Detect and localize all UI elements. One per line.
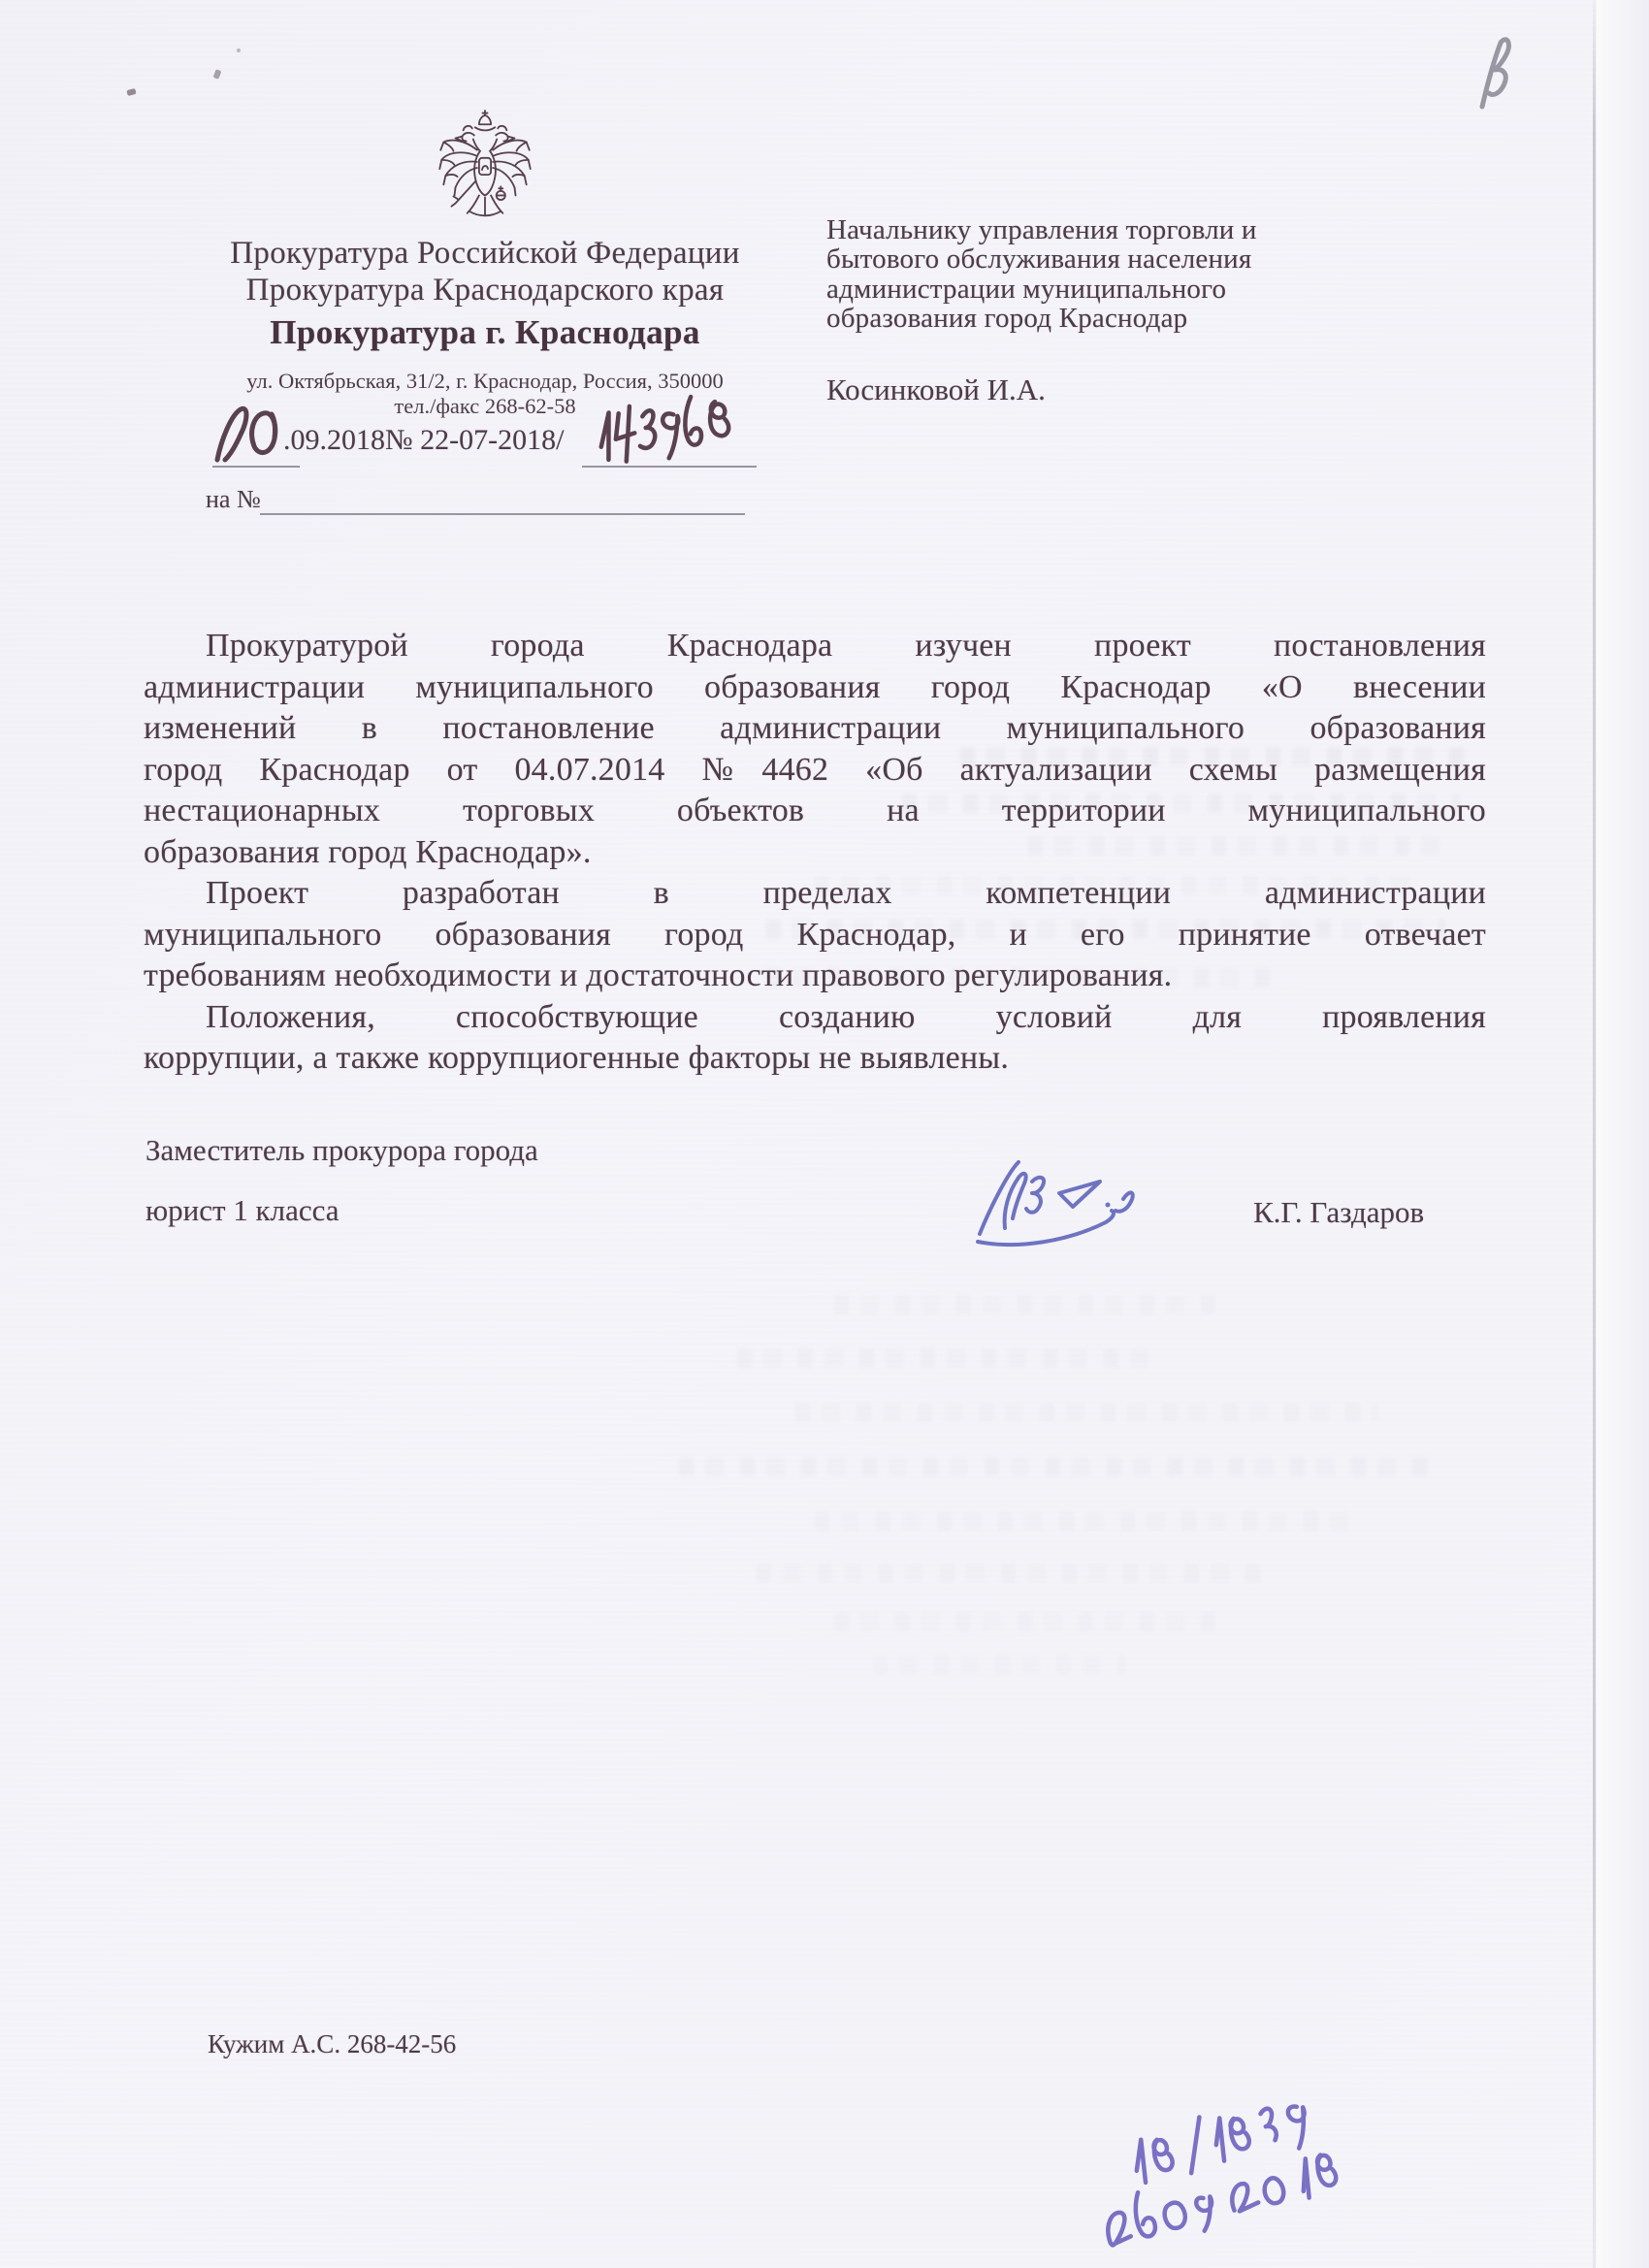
body-line: образования город Краснодар». [144, 832, 1486, 874]
org-name-federation: Прокуратура Российской Федерации [179, 237, 791, 271]
pencil-note-top-right [1472, 33, 1519, 118]
body-line: требованиям необходимости и достаточност… [144, 956, 1486, 997]
body-line: город Краснодар от 04.07.2014 №4462 «Об … [144, 750, 1486, 792]
bleed-through-ghost [834, 1295, 1222, 1314]
addressee-line: Начальнику управления торговли и [826, 215, 1423, 244]
body-line: Положения, способствующие созданию услов… [144, 997, 1486, 1039]
org-address: ул. Октябрьская, 31/2, г. Краснодар, Рос… [179, 370, 791, 393]
body-line: изменений в постановление администрации … [144, 708, 1486, 750]
outgoing-number-underline [582, 466, 757, 468]
bleed-through-ghost [757, 1564, 1261, 1583]
handwritten-outgoing-number [592, 392, 747, 466]
bleed-through-ghost [679, 1457, 1436, 1476]
bleed-through-ghost [737, 1348, 1164, 1368]
bleed-through-ghost [815, 1511, 1358, 1531]
bleed-through-ghost [873, 1655, 1125, 1674]
body-line: администрации муниципального образования… [144, 667, 1486, 709]
executor-contact: Кужим А.С. 268-42-56 [208, 2029, 456, 2058]
scanned-letter-page: Прокуратура Российской Федерации Прокура… [0, 0, 1649, 2268]
letterhead: Прокуратура Российской Федерации Прокура… [179, 0, 791, 418]
scan-right-margin [1597, 0, 1649, 2268]
scan-edge-line [1593, 0, 1596, 2268]
body-line: нестационарных торговых объектов на терр… [144, 791, 1486, 832]
reference-number-label: на № [206, 485, 261, 514]
body-line: Прокуратурой города Краснодара изучен пр… [144, 626, 1486, 667]
org-name-region: Прокуратура Краснодарского края [179, 274, 791, 308]
handwritten-date-day [211, 398, 283, 466]
addressee-line: администрации муниципального [826, 275, 1423, 304]
body-line: Проект разработан в пределах компетенции… [144, 873, 1486, 915]
signer-name: К.Г. Газдаров [1253, 1195, 1424, 1230]
addressee-line: образования город Краснодар [826, 304, 1423, 333]
addressee-block: Начальнику управления торговли и бытовог… [826, 215, 1423, 333]
letter-body: Прокуратурой города Краснодара изучен пр… [144, 626, 1486, 1080]
bleed-through-ghost [834, 1612, 1222, 1632]
coat-of-arms-double-headed-eagle-icon [437, 109, 533, 227]
addressee-line: бытового обслуживания населения [826, 244, 1423, 274]
org-name-city: Прокуратура г. Краснодара [179, 314, 791, 351]
reference-number-underline [260, 513, 745, 515]
addressee-name: Косинковой И.А. [826, 373, 1046, 407]
handwritten-signature [970, 1150, 1198, 1247]
bleed-through-ghost [795, 1403, 1377, 1422]
date-day-underline [212, 466, 300, 468]
scan-speck [126, 88, 136, 96]
date-printed: .09.2018№ 22-07-2018/ [283, 424, 564, 457]
body-line: муниципального образования город Краснод… [144, 915, 1486, 956]
signer-position-line2: юрист 1 класса [145, 1193, 339, 1228]
signer-position-line1: Заместитель прокурора города [145, 1133, 538, 1168]
body-line: коррупции, а также коррупциогенные факто… [144, 1038, 1486, 1080]
